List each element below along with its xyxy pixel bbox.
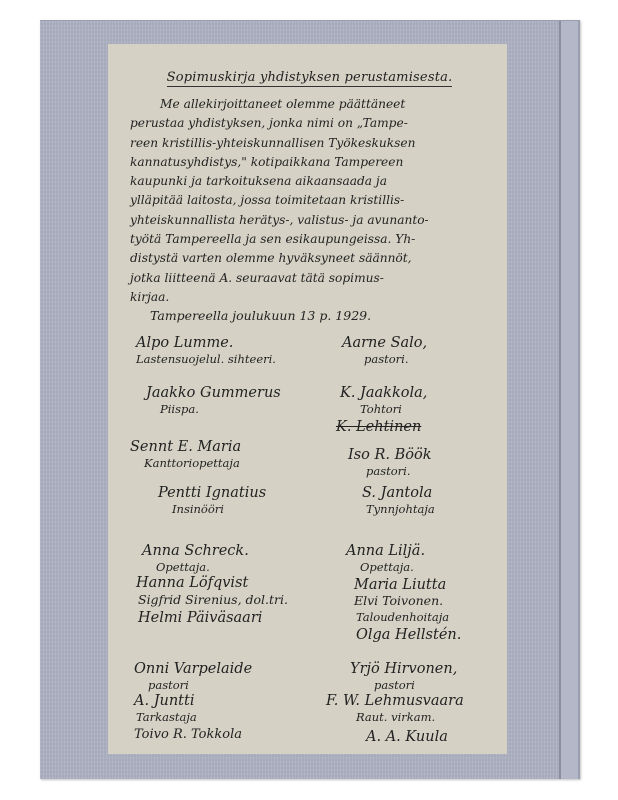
signature-role: pastori bbox=[350, 677, 457, 693]
body-line: Me allekirjoittaneet olemme päättäneet bbox=[130, 95, 489, 114]
spine-groove-right bbox=[578, 21, 580, 779]
signature-role: Tynnjohtaja bbox=[362, 501, 435, 517]
body-line: työtä Tampereella ja sen esikaupungeissa… bbox=[130, 230, 489, 249]
signature: A. Juntti Tarkastaja bbox=[134, 693, 197, 725]
signature-name: Helmi Päiväsaari bbox=[138, 610, 262, 626]
signature: Pentti Ignatius Insinööri bbox=[158, 485, 266, 517]
signature-name: Hanna Löfqvist bbox=[136, 575, 248, 591]
signature-name: Onni Varpelaide bbox=[134, 661, 252, 677]
signature-name: Elvi Toivonen. bbox=[354, 593, 449, 609]
signature: Anna Schreck. Opettaja. bbox=[142, 543, 249, 575]
signature: Sigfrid Sirenius, dol.tri. bbox=[138, 592, 288, 608]
signature-name: F. W. Lehmusvaara bbox=[326, 693, 464, 709]
body-line: ylläpitää laitosta, jossa toimitetaan kr… bbox=[130, 191, 489, 210]
signature-role: pastori bbox=[134, 677, 252, 693]
signature-role: Piispa. bbox=[146, 401, 281, 417]
signature: Onni Varpelaide pastori bbox=[134, 661, 252, 693]
spine-groove-left bbox=[559, 21, 561, 779]
signature-name: Toivo R. Tokkola bbox=[134, 727, 242, 743]
signature-role: Opettaja. bbox=[142, 559, 249, 575]
signature-role: pastori. bbox=[348, 463, 432, 479]
body-line: kirjaa. bbox=[130, 288, 489, 307]
document-page: Sopimuskirja yhdistyksen perustamisesta.… bbox=[108, 44, 507, 754]
signature: K. Lehtinen bbox=[336, 419, 421, 435]
signature-name: Sennt E. Maria bbox=[130, 439, 241, 455]
signature-name: S. Jantola bbox=[362, 485, 435, 501]
signature-name: Iso R. Böök bbox=[348, 447, 432, 463]
date-line: Tampereella joulukuun 13 p. 1929. bbox=[130, 308, 489, 323]
signature-name: Alpo Lumme. bbox=[136, 335, 276, 351]
body-line: distystä varten olemme hyväksyneet säänn… bbox=[130, 249, 489, 268]
signature-role: Kanttoriopettaja bbox=[130, 455, 241, 471]
signature: Aarne Salo, pastori. bbox=[342, 335, 427, 367]
signature-role: Opettaja. bbox=[346, 559, 425, 575]
signature: Hanna Löfqvist bbox=[136, 575, 248, 591]
signature: Toivo R. Tokkola bbox=[134, 727, 242, 743]
body-line: kaupunki ja tarkoituksena aikaansaada ja bbox=[130, 172, 489, 191]
signature-name: A. A. Kuula bbox=[366, 729, 448, 745]
signature: Helmi Päiväsaari bbox=[138, 610, 262, 626]
signature-name: Pentti Ignatius bbox=[158, 485, 266, 501]
signature: Iso R. Böök pastori. bbox=[348, 447, 432, 479]
document-title: Sopimuskirja yhdistyksen perustamisesta. bbox=[130, 70, 489, 85]
signature-name: Anna Liljä. bbox=[346, 543, 425, 559]
signature: S. Jantola Tynnjohtaja bbox=[362, 485, 435, 517]
signature-role: Lastensuojelul. sihteeri. bbox=[136, 351, 276, 367]
document-body: Me allekirjoittaneet olemme päättäneet p… bbox=[130, 95, 489, 307]
signature-role: Insinööri bbox=[158, 501, 266, 517]
book-spine bbox=[561, 21, 578, 779]
signature-name: Aarne Salo, bbox=[342, 335, 427, 351]
signature: Olga Hellstén. bbox=[356, 627, 461, 643]
body-line: perustaa yhdistyksen, jonka nimi on „Tam… bbox=[130, 114, 489, 133]
signature: Jaakko Gummerus Piispa. bbox=[146, 385, 281, 417]
signature-name: Yrjö Hirvonen, bbox=[350, 661, 457, 677]
signature-name: K. Jaakkola, bbox=[340, 385, 427, 401]
signature: A. A. Kuula bbox=[366, 729, 448, 745]
signature: Yrjö Hirvonen, pastori bbox=[350, 661, 457, 693]
signature: F. W. Lehmusvaara Raut. virkam. bbox=[326, 693, 464, 725]
document-title-text: Sopimuskirja yhdistyksen perustamisesta. bbox=[167, 70, 453, 87]
body-line: yhteiskunnallista herätys-, valistus- ja… bbox=[130, 211, 489, 230]
signature-name: K. Lehtinen bbox=[336, 419, 421, 435]
signature-role: Tohtori bbox=[340, 401, 427, 417]
signature-name: Sigfrid Sirenius, dol.tri. bbox=[138, 592, 288, 608]
body-line: jotka liitteenä A. seuraavat tätä sopimu… bbox=[130, 269, 489, 288]
body-line: reen kristillis-yhteiskunnallisen Työkes… bbox=[130, 134, 489, 153]
signature-role: Tarkastaja bbox=[134, 709, 197, 725]
body-line: kannatusyhdistys," kotipaikkana Tamperee… bbox=[130, 153, 489, 172]
signature-name: A. Juntti bbox=[134, 693, 197, 709]
signature: Maria Liutta bbox=[354, 577, 446, 593]
signature: Elvi Toivonen. Taloudenhoitaja bbox=[354, 593, 449, 625]
signature-role: Taloudenhoitaja bbox=[354, 609, 449, 625]
signature-name: Anna Schreck. bbox=[142, 543, 249, 559]
signature: Alpo Lumme. Lastensuojelul. sihteeri. bbox=[136, 335, 276, 367]
signature-name: Maria Liutta bbox=[354, 577, 446, 593]
signature: Anna Liljä. Opettaja. bbox=[346, 543, 425, 575]
signature: K. Jaakkola, Tohtori bbox=[340, 385, 427, 417]
signature-name: Jaakko Gummerus bbox=[146, 385, 281, 401]
signature-role: Raut. virkam. bbox=[326, 709, 464, 725]
signature-role: pastori. bbox=[342, 351, 427, 367]
signature-name: Olga Hellstén. bbox=[356, 627, 461, 643]
signature: Sennt E. Maria Kanttoriopettaja bbox=[130, 439, 241, 471]
